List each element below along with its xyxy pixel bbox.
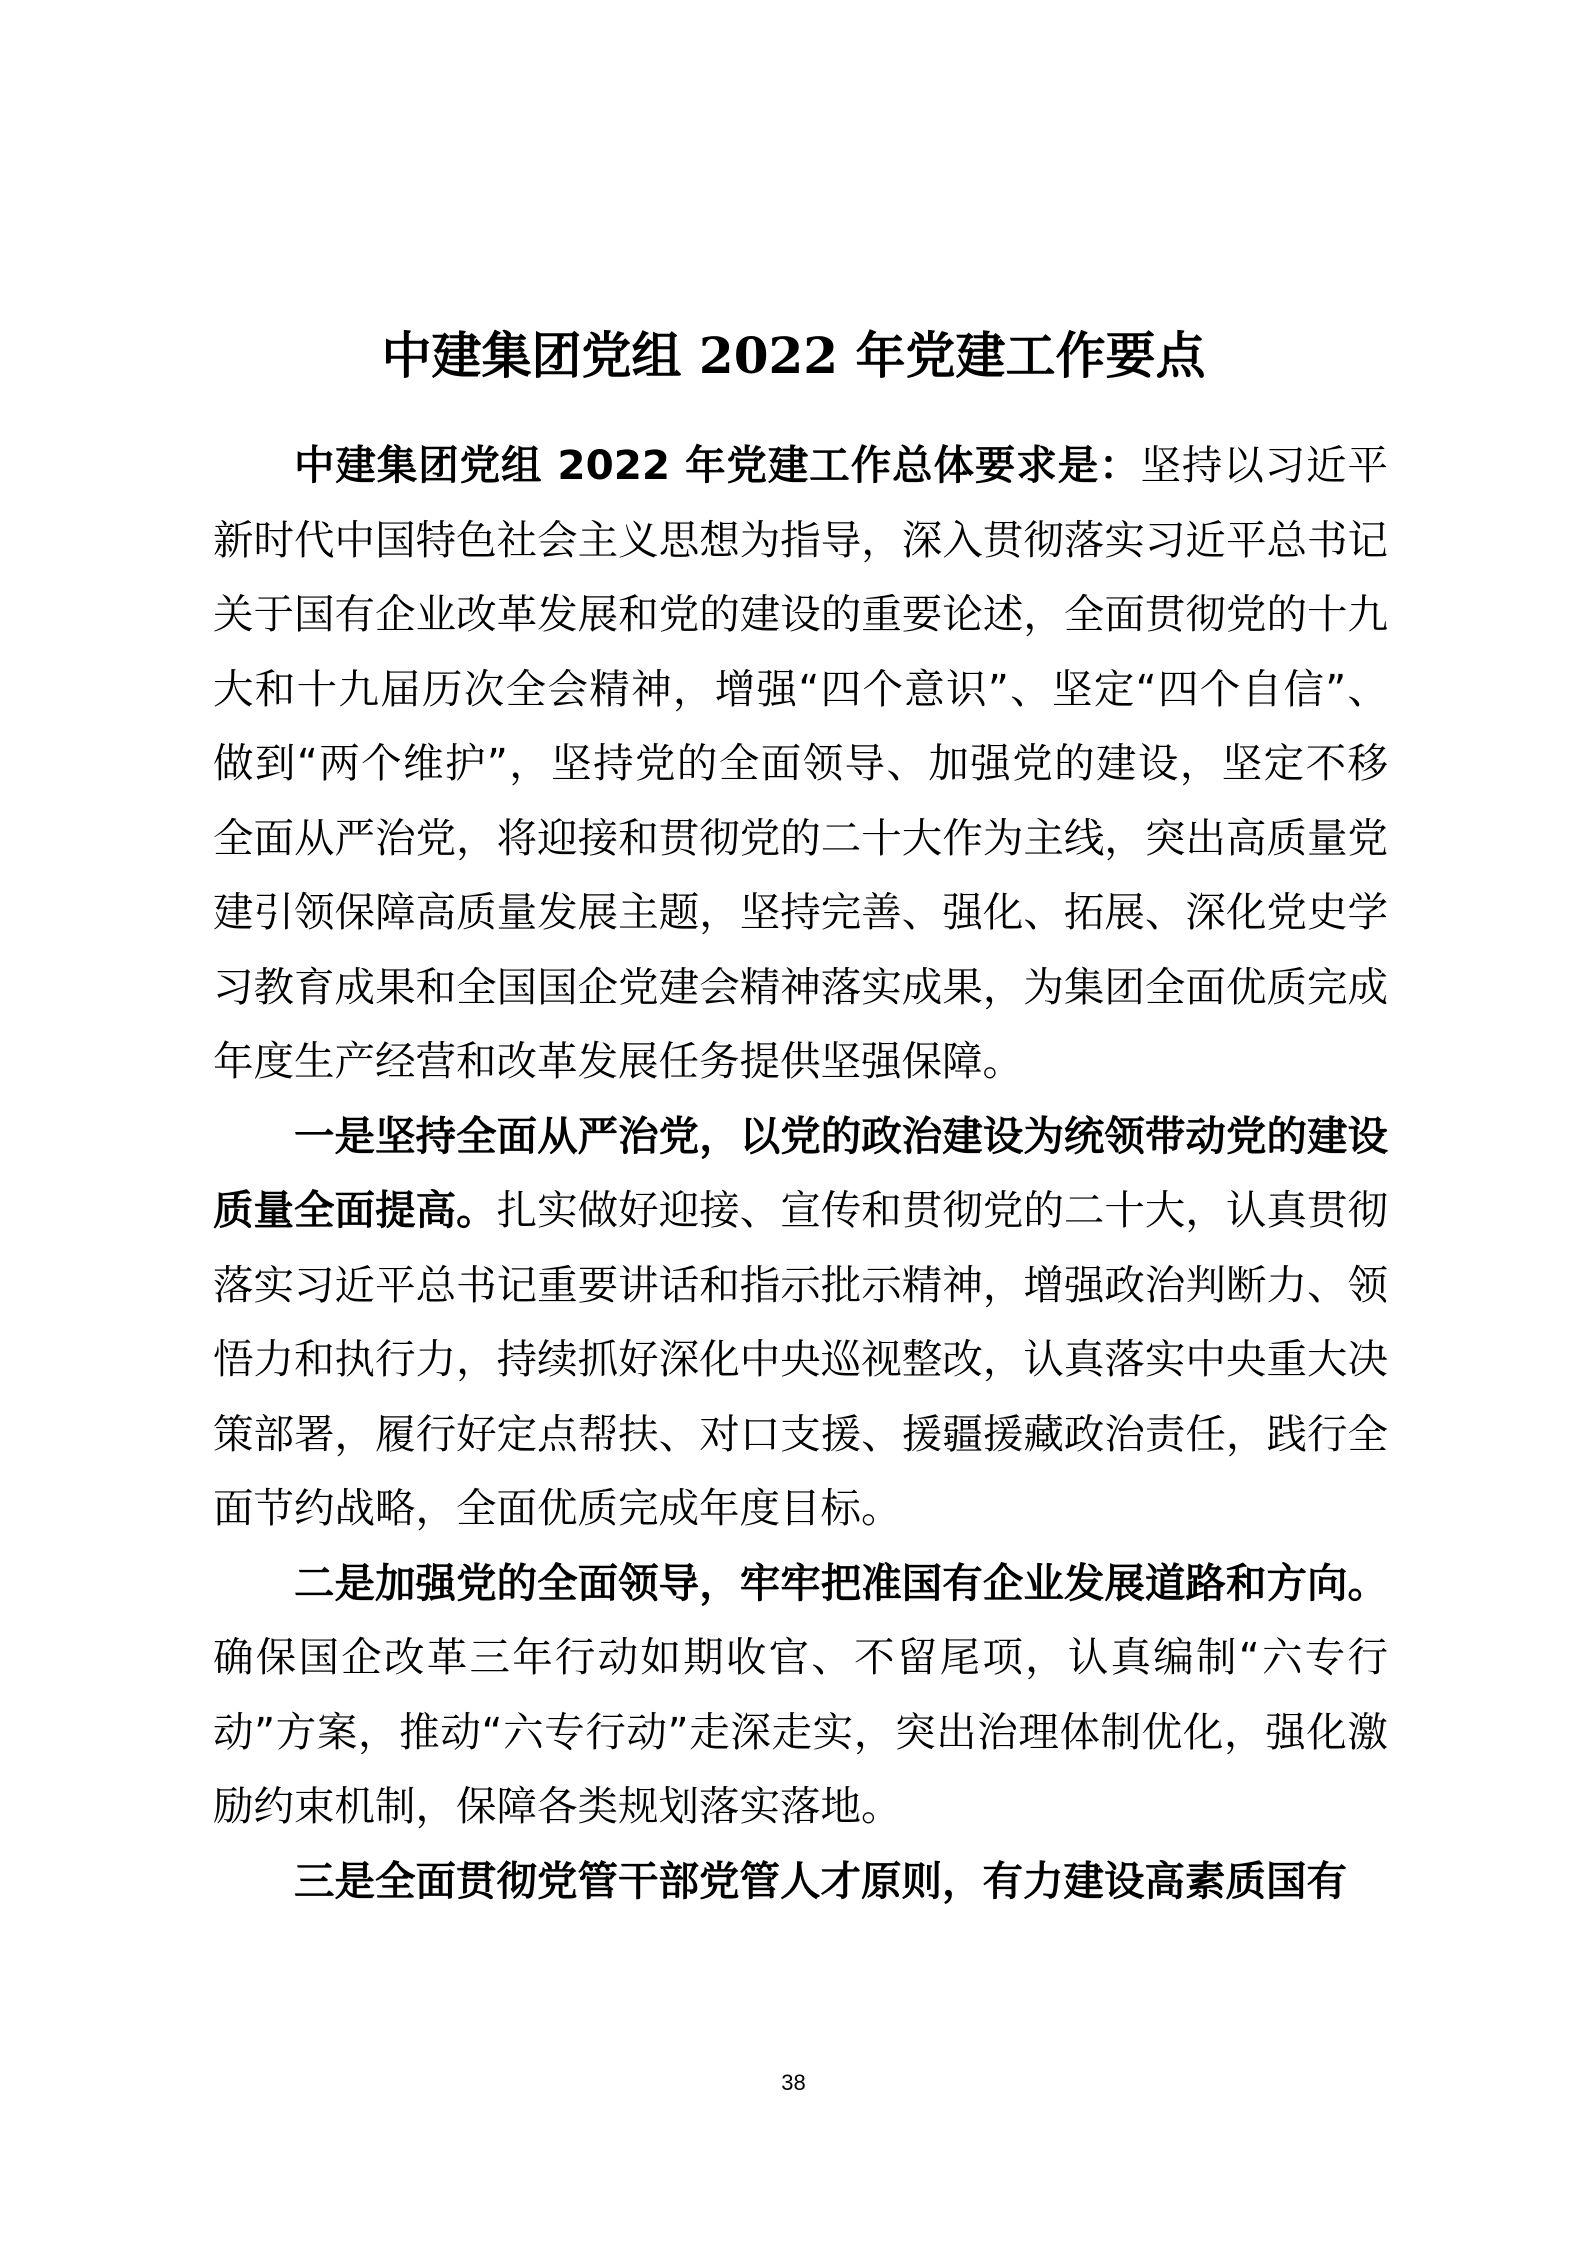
paragraph-point-three: 三是全面贯彻党管干部党管人才原则，有力建设高素质国有 xyxy=(213,1844,1388,1919)
document-page: 中建集团党组 2022 年党建工作要点 中建集团党组 2022 年党建工作总体要… xyxy=(0,0,1587,2245)
paragraph-text: 确保国企改革三年行动如期收官、不留尾项，认真编制“六专行动”方案，推动“六专行动… xyxy=(213,1633,1388,1830)
paragraph-overall-requirements: 中建集团党组 2022 年党建工作总体要求是：坚持以习近平新时代中国特色社会主义… xyxy=(213,428,1388,1099)
paragraph-point-two: 二是加强党的全面领导，牢牢把准国有企业发展道路和方向。确保国企改革三年行动如期收… xyxy=(213,1546,1388,1844)
paragraph-lead: 中建集团党组 2022 年党建工作总体要求是： xyxy=(294,441,1141,489)
paragraph-lead: 三是全面贯彻党管干部党管人才原则，有力建设高素质国有 xyxy=(294,1857,1347,1905)
document-body: 中建集团党组 2022 年党建工作总体要求是：坚持以习近平新时代中国特色社会主义… xyxy=(213,428,1388,1918)
paragraph-point-one: 一是坚持全面从严治党，以党的政治建设为统领带动党的建设质量全面提高。扎实做好迎接… xyxy=(213,1099,1388,1546)
page-number: 38 xyxy=(0,2068,1587,2098)
paragraph-text: 扎实做好迎接、宣传和贯彻党的二十大，认真贯彻落实习近平总书记重要讲话和指示批示精… xyxy=(213,1186,1388,1532)
paragraph-text: 坚持以习近平新时代中国特色社会主义思想为指导，深入贯彻落实习近平总书记关于国有企… xyxy=(213,441,1388,1085)
paragraph-lead: 二是加强党的全面领导，牢牢把准国有企业发展道路和方向。 xyxy=(294,1559,1388,1607)
document-title: 中建集团党组 2022 年党建工作要点 xyxy=(0,324,1587,388)
